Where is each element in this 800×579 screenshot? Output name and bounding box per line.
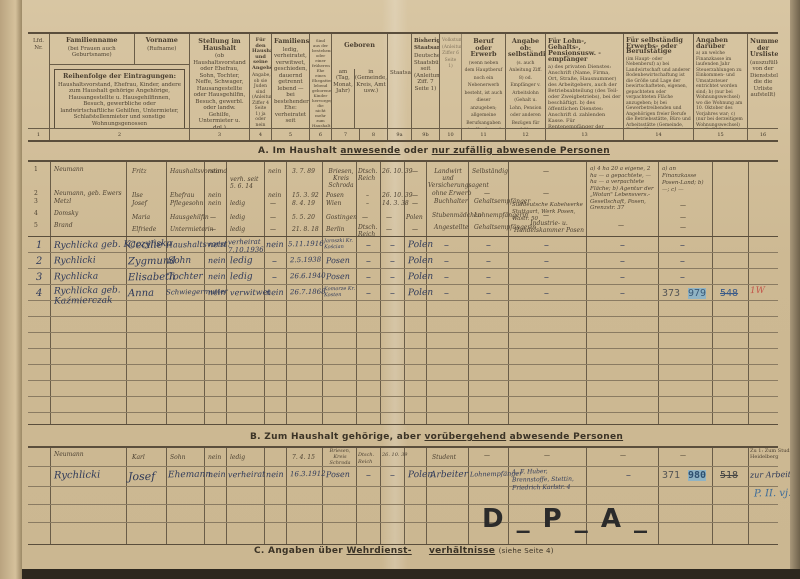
col-num: 11	[462, 128, 506, 140]
header-col-marital-status: Familienstandledig, verheiratet, verwitw…	[272, 34, 310, 128]
section-c-title: C. Angaben über Wehrdienst- verhältnisse…	[254, 546, 554, 556]
header-col-nationality: Volkstumszugehörigkeit (Anleitung Ziffer…	[440, 34, 462, 128]
header-col-self-employed: Für selbständig Erwerbs- oder Berufstäti…	[624, 34, 694, 128]
col-num: 1	[28, 128, 50, 140]
col-num: 9a	[388, 128, 412, 140]
urliste-number-stamped: 979	[688, 288, 706, 299]
col-num: 13	[546, 128, 624, 140]
col-num: 16	[748, 128, 778, 140]
header-col-name: Familienname(bei Frauen auch Geburtsname…	[50, 34, 190, 128]
urliste-number-crossed: 548	[720, 288, 738, 299]
section-b-title: B. Zum Haushalt gehörige, aber vorüberge…	[250, 432, 623, 442]
header-col-tax-info: Angaben darübera) an welche Finanzkasse …	[694, 34, 748, 128]
section-b-table: Neumann Karl Sohn nein ledig 7. 4. 15 Br…	[28, 446, 778, 545]
header-col-citizenship: Staatsangehörigkeit	[388, 34, 412, 128]
header-col-occupation: Beruf oder Erwerb(wenn neben dem Hauptbe…	[462, 34, 506, 128]
header-col-position: Stellung im Haushalt(ob Haushaltsvorstan…	[190, 34, 250, 128]
column-header-table: Lfd. Nr. Familienname(bei Frauen auch Ge…	[28, 32, 778, 142]
header-col-lfd-nr: Lfd. Nr.	[28, 34, 50, 128]
col-num: 5	[272, 128, 310, 140]
col-num: 8	[360, 128, 388, 140]
bottom-shadow	[22, 569, 800, 579]
red-mark: 1W	[750, 286, 765, 296]
col-num: 14	[624, 128, 694, 140]
dpa-stamp: D _ P _ A _	[482, 504, 649, 534]
header-col-urliste: Nummer der Ursliste(auszufüllen von der …	[748, 34, 778, 128]
col-num: 7	[332, 128, 360, 140]
urliste-number-stamped: 980	[688, 470, 706, 481]
census-form-page: Lfd. Nr. Familienname(bei Frauen auch Ge…	[22, 0, 792, 570]
section-a-title: A. Im Haushalt anwesende oder nur zufäll…	[258, 146, 610, 156]
header-col-employer: Für Lohn-, Gehalts-, Pensionsusw. -empfä…	[546, 34, 624, 128]
entry-order-box: Reihenfolge der Eintragungen:Haushaltsvo…	[54, 69, 185, 128]
col-num: 12	[506, 128, 546, 140]
header-col-born: Geboren am (Tag, Monat, Jahr) in (Gemein…	[332, 34, 388, 128]
col-num: 3	[190, 128, 250, 140]
col-num: 15	[694, 128, 748, 140]
col-num: 2	[50, 128, 190, 140]
col-num: 6	[310, 128, 332, 140]
urliste-number-typed: 371	[662, 470, 680, 481]
urliste-number-crossed: 518	[720, 470, 738, 481]
header-col-employment-type: Angabe ob: selbständig(s. auch Anleitung…	[506, 34, 546, 128]
urliste-number-typed: 373	[662, 288, 680, 299]
right-page-edge	[790, 0, 800, 579]
col-num: 9b	[412, 128, 440, 140]
col-num: 10	[440, 128, 462, 140]
left-page-edge	[0, 0, 24, 579]
header-col-citizen-since: Bisherige StaatsangehörigkeitDeutscher S…	[412, 34, 440, 128]
section-a-table: 1 Neumann Fritz Haushaltsvorstand nein v…	[28, 160, 778, 425]
col-num: 4	[250, 128, 272, 140]
blue-annotation: P. II. vj. -36	[754, 488, 792, 500]
header-col-jew: Für den Haushaltsvorstand und seine Ange…	[250, 34, 272, 128]
header-col-children: Sind aus der bestehenden oder einer früh…	[310, 34, 332, 128]
